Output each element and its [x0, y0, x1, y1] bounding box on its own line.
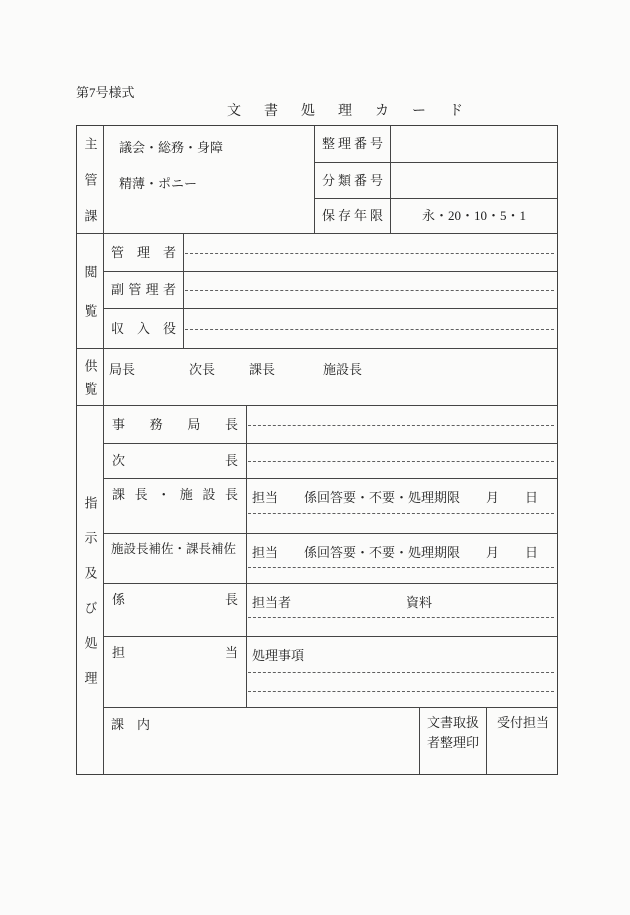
kanrisha-line-cell: [184, 234, 557, 272]
kacho-shisetsucho-content: 担当 係回答要・不要・処理期限 月 日: [252, 487, 538, 506]
section-kyoran-label: 供覧: [81, 359, 100, 405]
kanrisha-writing-line: [185, 253, 554, 254]
kacho-shisetsucho-cell: 担当 係回答要・不要・処理期限 月 日: [247, 479, 557, 534]
form-number: 第7号様式: [76, 82, 135, 101]
kakaricho-cell: 担当者 資料: [247, 584, 557, 637]
jicho-writing-line: [248, 461, 554, 462]
shunyu-yaku-line-cell: [184, 309, 557, 349]
seiri-bango-value: [391, 126, 557, 163]
hosa-label: 施設長補佐・課長補佐: [104, 534, 247, 584]
hozon-nengen-label: 保存年限: [315, 199, 391, 234]
tanto-label: 担当: [104, 637, 247, 708]
kakaricho-writing-line: [248, 617, 554, 618]
seiri-bango-label: 整理番号: [315, 126, 391, 163]
jimukyokucho-label: 事務局長: [104, 406, 247, 444]
hozon-nengen-value: 永・20・10・5・1: [391, 199, 557, 234]
shunyu-yaku-writing-line: [185, 329, 554, 330]
section-shukanka: 主管課: [77, 126, 104, 234]
kyoran-shisetsucho: 施設長: [323, 359, 362, 378]
shori-jiko-label: 処理事項: [252, 645, 304, 664]
fuku-kanrisha-line-cell: [184, 272, 557, 309]
kyoran-kacho: 課長: [249, 359, 275, 378]
jicho-label: 次長: [104, 444, 247, 479]
hosa-cell: 担当 係回答要・不要・処理期限 月 日: [247, 534, 557, 584]
tanto-writing-line-1: [248, 672, 554, 673]
section-shiji: 指示及び処理: [77, 406, 104, 774]
hosa-content: 担当 係回答要・不要・処理期限 月 日: [252, 542, 538, 561]
shunyu-yaku-label: 収入役: [104, 309, 184, 349]
kanai-cell: 課 内: [104, 708, 420, 774]
tantosha-label: 担当者: [252, 592, 291, 611]
section-shukanka-label: 主管課: [81, 137, 100, 245]
document-sheet: 第7号様式 文書処理カード 主管課 閲覧 供覧 指示及び処理 議会・総務・身障 …: [0, 0, 630, 915]
jimukyokucho-writing-line: [248, 425, 554, 426]
section-kyoran: 供覧: [77, 349, 104, 406]
shukan-line1: 議会・総務・身障: [119, 130, 314, 166]
document-handler-stamp-cell: 文書取扱者整理印: [420, 708, 487, 774]
section-etsuran-label: 閲覧: [81, 265, 100, 343]
fuku-kanrisha-writing-line: [185, 290, 554, 291]
reception-staff-cell: 受付担当: [487, 708, 557, 774]
section-etsuran: 閲覧: [77, 234, 104, 349]
kyoran-kyokucho: 局長: [109, 359, 135, 378]
fuku-kanrisha-label: 副管理者: [104, 272, 184, 309]
shukan-line2: 精薄・ポニー: [119, 166, 314, 202]
kacho-shisetsucho-label: 課長・施設長: [104, 479, 247, 534]
jicho-cell: [247, 444, 557, 479]
kacho-shisetsucho-writing-line: [248, 513, 554, 514]
form-table: 主管課 閲覧 供覧 指示及び処理 議会・総務・身障 精薄・ポニー 整理番号 分類…: [76, 125, 558, 775]
hosa-writing-line: [248, 567, 554, 568]
kyoran-row: 局長 次長 課長 施設長: [104, 349, 557, 406]
bunrui-bango-label: 分類番号: [315, 163, 391, 199]
section-shiji-label: 指示及び処理: [81, 496, 100, 706]
kakaricho-label: 係長: [104, 584, 247, 637]
page-title: 文書処理カード: [227, 100, 486, 120]
shiryo-label: 資料: [406, 592, 432, 611]
tanto-cell: 処理事項: [247, 637, 557, 708]
tanto-writing-line-2: [248, 691, 554, 692]
shukan-department-cell: 議会・総務・身障 精薄・ポニー: [104, 126, 315, 234]
bunrui-bango-value: [391, 163, 557, 199]
kyoran-jicho: 次長: [189, 359, 215, 378]
kanrisha-label: 管理者: [104, 234, 184, 272]
jimukyokucho-cell: [247, 406, 557, 444]
